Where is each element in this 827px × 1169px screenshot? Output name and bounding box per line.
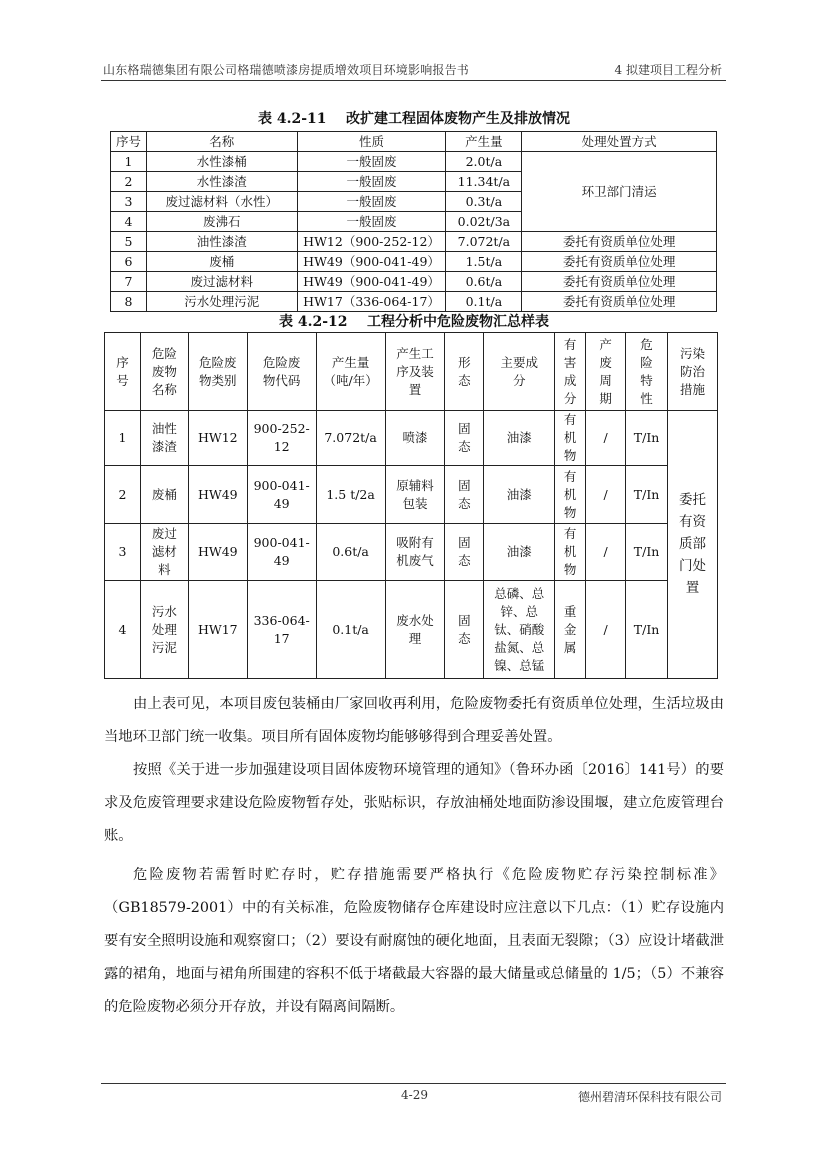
hazardous-waste-table: 序 号 危险 废物 名称 危险废 物类别 危险废 物代码 产生量 （吨/年） 产… [104, 332, 718, 679]
cell-nature: HW49（900-041-49） [297, 272, 446, 292]
page-number: 4-29 [401, 1088, 428, 1102]
col-header: 序 号 [105, 333, 141, 411]
col-header: 性质 [297, 132, 446, 152]
cell-nature: HW12（900-252-12） [297, 232, 446, 252]
cell-amount: 2.0t/a [446, 152, 522, 172]
cell-form: 固 态 [445, 466, 484, 524]
cell-cycle: / [586, 524, 626, 581]
cell-cycle: / [586, 411, 626, 466]
cell-hazard: T/In [626, 581, 668, 679]
cell-amount: 0.1t/a [316, 581, 385, 679]
table-header-row: 序 号 危险 废物 名称 危险废 物类别 危险废 物代码 产生量 （吨/年） 产… [105, 333, 718, 411]
cell-process: 吸附有 机废气 [385, 524, 445, 581]
cell-harmful-component: 有 机 物 [555, 411, 586, 466]
cell-nature: 一般固废 [297, 192, 446, 212]
table-row: 7 废过滤材料 HW49（900-041-49） 0.6t/a 委托有资质单位处… [111, 272, 717, 292]
cell-main-component: 油漆 [484, 524, 555, 581]
cell-nature: 一般固废 [297, 152, 446, 172]
cell-code: 336-064- 17 [247, 581, 316, 679]
cell-measure-merged: 委托 有资 质部 门处 置 [668, 411, 718, 679]
header-chapter: 4 拟建项目工程分析 [615, 61, 722, 78]
col-header: 形 态 [445, 333, 484, 411]
paragraph: 由上表可见，本项目废包装桶由厂家回收再利用，危险废物委托有资质单位处理，生活垃圾… [104, 688, 724, 754]
table2-caption: 表 4.2-12 工程分析中危险废物汇总样表 [104, 311, 724, 331]
table-row: 6 废桶 HW49（900-041-49） 1.5t/a 委托有资质单位处理 [111, 252, 717, 272]
cell-harmful-component: 重 金 属 [555, 581, 586, 679]
cell-cycle: / [586, 581, 626, 679]
table-row: 4 污水 处理 污泥 HW17 336-064- 17 0.1t/a 废水处 理… [105, 581, 718, 679]
cell-name: 污水 处理 污泥 [140, 581, 188, 679]
cell-form: 固 态 [445, 524, 484, 581]
col-header: 有 害 成 分 [555, 333, 586, 411]
cell-disposal-merged: 环卫部门清运 [522, 152, 717, 232]
col-header: 产 废 周 期 [586, 333, 626, 411]
table-row: 3 废过 滤材 料 HW49 900-041- 49 0.6t/a 吸附有 机废… [105, 524, 718, 581]
cell-name: 废过 滤材 料 [140, 524, 188, 581]
cell-code: 900-041- 49 [247, 524, 316, 581]
cell-code: 900-252- 12 [247, 411, 316, 466]
cell-no: 2 [111, 172, 147, 192]
cell-category: HW49 [188, 524, 247, 581]
cell-amount: 1.5t/a [446, 252, 522, 272]
cell-process: 喷漆 [385, 411, 445, 466]
col-header: 危 险 特 性 [626, 333, 668, 411]
cell-form: 固 态 [445, 581, 484, 679]
cell-nature: HW17（336-064-17） [297, 292, 446, 312]
col-header: 名称 [146, 132, 297, 152]
cell-name: 废桶 [140, 466, 188, 524]
cell-form: 固 态 [445, 411, 484, 466]
header-report-title: 山东格瑞德集团有限公司格瑞德喷漆房提质增效项目环境影响报告书 [103, 61, 469, 78]
table-row: 5 油性漆渣 HW12（900-252-12） 7.072t/a 委托有资质单位… [111, 232, 717, 252]
cell-category: HW17 [188, 581, 247, 679]
cell-nature: 一般固废 [297, 172, 446, 192]
cell-category: HW49 [188, 466, 247, 524]
col-header: 产生量 （吨/年） [316, 333, 385, 411]
cell-harmful-component: 有 机 物 [555, 524, 586, 581]
col-header: 产生工 序及装 置 [385, 333, 445, 411]
cell-name: 废过滤材料（水性） [146, 192, 297, 212]
cell-name: 油性 漆渣 [140, 411, 188, 466]
col-header: 危险废 物代码 [247, 333, 316, 411]
cell-disposal: 委托有资质单位处理 [522, 272, 717, 292]
cell-main-component: 油漆 [484, 411, 555, 466]
cell-name: 水性漆桶 [146, 152, 297, 172]
cell-no: 4 [111, 212, 147, 232]
cell-disposal: 委托有资质单位处理 [522, 292, 717, 312]
paragraph: 按照《关于进一步加强建设项目固体废物环境管理的通知》（鲁环办函〔2016〕141… [104, 754, 724, 853]
cell-process: 原辅料 包装 [385, 466, 445, 524]
cell-no: 8 [111, 292, 147, 312]
cell-no: 4 [105, 581, 141, 679]
page-header: 山东格瑞德集团有限公司格瑞德喷漆房提质增效项目环境影响报告书 4 拟建项目工程分… [101, 58, 726, 81]
cell-harmful-component: 有 机 物 [555, 466, 586, 524]
col-header: 产生量 [446, 132, 522, 152]
col-header: 污染 防治 措施 [668, 333, 718, 411]
table-row: 8 污水处理污泥 HW17（336-064-17） 0.1t/a 委托有资质单位… [111, 292, 717, 312]
cell-amount: 0.6t/a [316, 524, 385, 581]
cell-main-component: 油漆 [484, 466, 555, 524]
cell-name: 废桶 [146, 252, 297, 272]
paragraph: 危险废物若需暂时贮存时，贮存措施需要严格执行《危险废物贮存污染控制标准》（GB1… [104, 859, 724, 1024]
col-header: 主要成 分 [484, 333, 555, 411]
cell-name: 废过滤材料 [146, 272, 297, 292]
cell-cycle: / [586, 466, 626, 524]
cell-process: 废水处 理 [385, 581, 445, 679]
cell-hazard: T/In [626, 524, 668, 581]
table-row: 1 水性漆桶 一般固废 2.0t/a 环卫部门清运 [111, 152, 717, 172]
cell-main-component: 总磷、总 锌、总 钛、硝酸 盐氮、总 镍、总锰 [484, 581, 555, 679]
cell-no: 3 [105, 524, 141, 581]
cell-nature: 一般固废 [297, 212, 446, 232]
cell-code: 900-041- 49 [247, 466, 316, 524]
cell-disposal: 委托有资质单位处理 [522, 232, 717, 252]
solid-waste-table: 序号 名称 性质 产生量 处理处置方式 1 水性漆桶 一般固废 2.0t/a 环… [110, 131, 717, 312]
cell-no: 1 [111, 152, 147, 172]
col-header: 危险 废物 名称 [140, 333, 188, 411]
cell-nature: HW49（900-041-49） [297, 252, 446, 272]
cell-amount: 7.072t/a [316, 411, 385, 466]
table-header-row: 序号 名称 性质 产生量 处理处置方式 [111, 132, 717, 152]
footer-company: 德州碧清环保科技有限公司 [578, 1088, 722, 1105]
cell-amount: 0.02t/3a [446, 212, 522, 232]
table-row: 1 油性 漆渣 HW12 900-252- 12 7.072t/a 喷漆 固 态… [105, 411, 718, 466]
cell-hazard: T/In [626, 466, 668, 524]
cell-no: 1 [105, 411, 141, 466]
cell-name: 废沸石 [146, 212, 297, 232]
cell-name: 水性漆渣 [146, 172, 297, 192]
body-text: 由上表可见，本项目废包装桶由厂家回收再利用，危险废物委托有资质单位处理，生活垃圾… [104, 688, 724, 1024]
cell-amount: 7.072t/a [446, 232, 522, 252]
cell-disposal: 委托有资质单位处理 [522, 252, 717, 272]
cell-no: 5 [111, 232, 147, 252]
col-header: 处理处置方式 [522, 132, 717, 152]
cell-amount: 0.3t/a [446, 192, 522, 212]
cell-name: 油性漆渣 [146, 232, 297, 252]
cell-no: 3 [111, 192, 147, 212]
cell-amount: 0.1t/a [446, 292, 522, 312]
table1-caption: 表 4.2-11 改扩建工程固体废物产生及排放情况 [104, 108, 724, 128]
cell-no: 7 [111, 272, 147, 292]
cell-name: 污水处理污泥 [146, 292, 297, 312]
page-footer: 4-29 德州碧清环保科技有限公司 [101, 1083, 726, 1104]
cell-no: 2 [105, 466, 141, 524]
cell-amount: 0.6t/a [446, 272, 522, 292]
cell-category: HW12 [188, 411, 247, 466]
col-header: 序号 [111, 132, 147, 152]
table-row: 2 废桶 HW49 900-041- 49 1.5 t/2a 原辅料 包装 固 … [105, 466, 718, 524]
cell-no: 6 [111, 252, 147, 272]
cell-hazard: T/In [626, 411, 668, 466]
col-header: 危险废 物类别 [188, 333, 247, 411]
cell-amount: 1.5 t/2a [316, 466, 385, 524]
cell-amount: 11.34t/a [446, 172, 522, 192]
